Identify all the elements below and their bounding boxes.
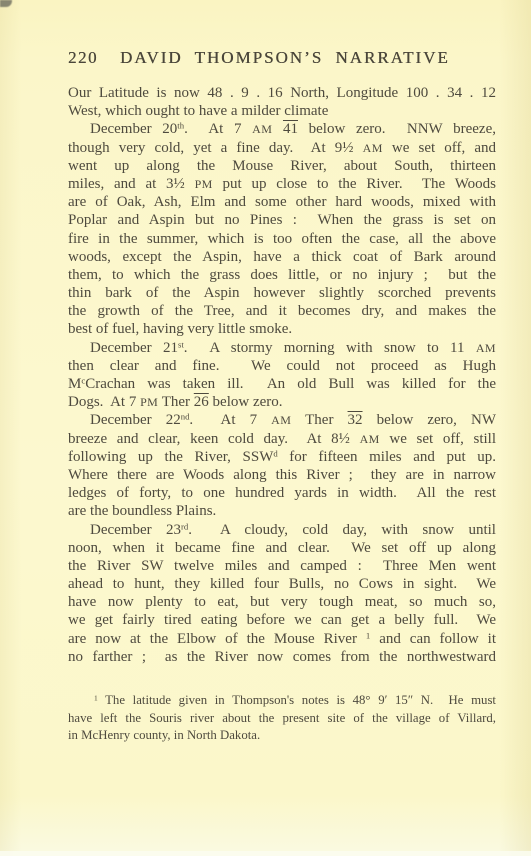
text-line: West, which ought to have a milder clima…: [68, 102, 496, 120]
text-line: we get fairly tired eating before we can…: [68, 611, 496, 629]
text-line: Where there are Woods along this River ;…: [68, 466, 496, 484]
text-line: are of Oak, Ash, Elm and some other hard…: [68, 193, 496, 211]
text-line: are now at the Elbow of the Mouse River …: [68, 630, 496, 648]
text-line: the River SW twelve miles and camped : T…: [68, 557, 496, 575]
text-line: then clear and fine. We could not procee…: [68, 357, 496, 375]
text-line: 1 The latitude given in Thompson's notes…: [68, 692, 496, 710]
text-line: in McHenry county, in North Dakota.: [68, 727, 496, 745]
text-line: thin bark of the Aspin however slightly …: [68, 284, 496, 302]
page-header: 220 DAVID THOMPSON’S NARRATIVE: [68, 48, 496, 68]
page-number: 220: [68, 48, 98, 68]
text-line: December 21st. A stormy morning with sno…: [68, 339, 496, 357]
text-line: though very cold, yet a fine day. At 9½ …: [68, 139, 496, 157]
text-line: Dogs. At 7 PM Ther 26 below zero.: [68, 393, 496, 411]
text-line: noon, when it became fine and clear. We …: [68, 539, 496, 557]
text-line: Our Latitude is now 48 . 9 . 16 North, L…: [68, 84, 496, 102]
text-line: breeze and clear, keen cold day. At 8½ A…: [68, 430, 496, 448]
scan-bottom-edge: [0, 851, 531, 856]
text-line: no farther ; as the River now comes from…: [68, 648, 496, 666]
text-line: the growth of the Tree, and it becomes d…: [68, 302, 496, 320]
page-title: DAVID THOMPSON’S NARRATIVE: [120, 48, 450, 68]
text-line: have left the Souris river about the pre…: [68, 710, 496, 728]
scan-corner-artifact: [0, 0, 12, 7]
text-line: following up the River, SSWd for fifteen…: [68, 448, 496, 466]
text-line: ahead to hunt, they killed four Bulls, n…: [68, 575, 496, 593]
text-line: are the boundless Plains.: [68, 502, 496, 520]
text-line: ledges of forty, to one hundred yards in…: [68, 484, 496, 502]
text-line: December 23rd. A cloudy, cold day, with …: [68, 521, 496, 539]
page-content: 220 DAVID THOMPSON’S NARRATIVE Our Latit…: [68, 48, 496, 745]
text-line: McCrachan was taken ill. An old Bull was…: [68, 375, 496, 393]
text-line: have now plenty to eat, but very tough m…: [68, 593, 496, 611]
text-line: fire in the summer, which is too often t…: [68, 230, 496, 248]
text-line: them, to which the grass does little, or…: [68, 266, 496, 284]
footnote: 1 The latitude given in Thompson's notes…: [68, 692, 496, 745]
text-line: best of fuel, having very little smoke.: [68, 320, 496, 338]
body-text: Our Latitude is now 48 . 9 . 16 North, L…: [68, 84, 496, 666]
text-line: Poplar and Aspin but no Pines : When the…: [68, 211, 496, 229]
text-line: miles, and at 3½ PM put up close to the …: [68, 175, 496, 193]
text-line: December 20th. At 7 AM 41 below zero. NN…: [68, 120, 496, 138]
text-line: December 22nd. At 7 AM Ther 32 below zer…: [68, 411, 496, 429]
text-line: woods, except the Aspin, have a thick co…: [68, 248, 496, 266]
text-line: went up along the Mouse River, about Sou…: [68, 157, 496, 175]
book-page-scan: 220 DAVID THOMPSON’S NARRATIVE Our Latit…: [0, 0, 531, 856]
